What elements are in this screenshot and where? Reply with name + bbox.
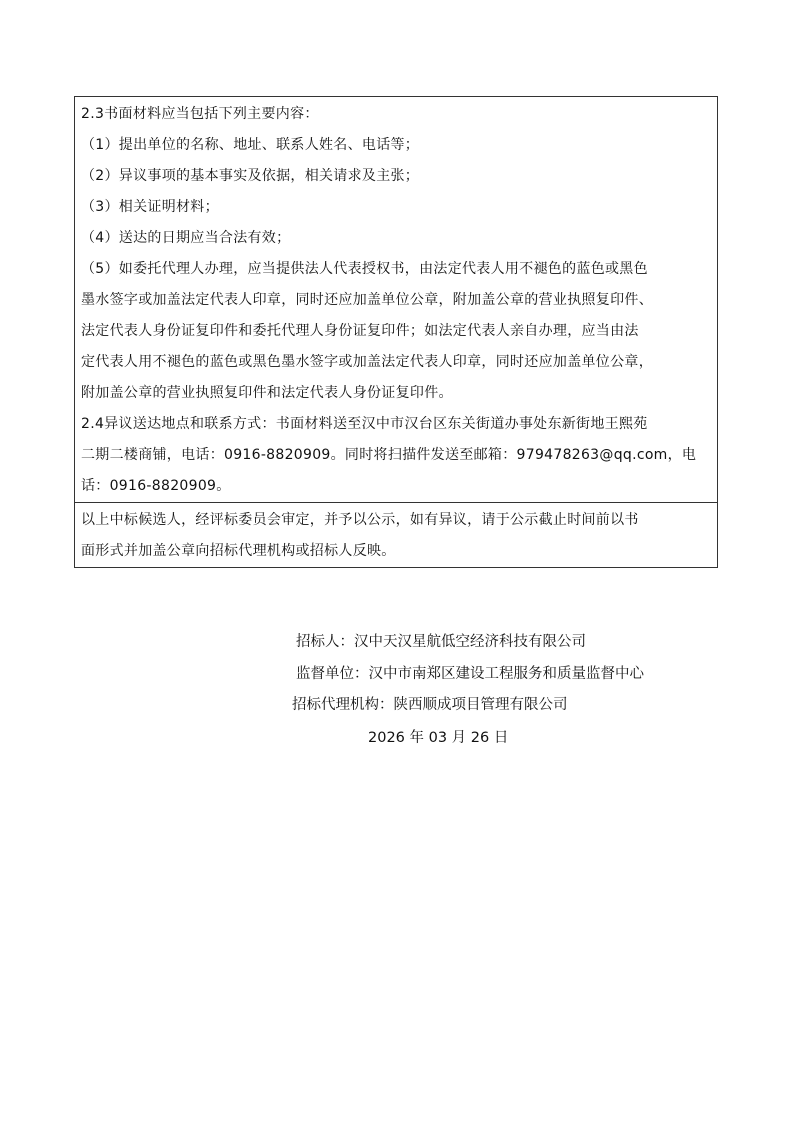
section-2-3-heading: 2.3书面材料应当包括下列主要内容： [81, 99, 711, 130]
objection-info-table: 2.3书面材料应当包括下列主要内容： （1）提出单位的名称、地址、联系人姓名、电… [74, 96, 718, 568]
requirement-item-2: （2）异议事项的基本事实及依据，相关请求及主张； [81, 161, 711, 192]
section-2-4-line-2: 二期二楼商铺，电话：0916-8820909。同时将扫描件发送至邮箱：97947… [81, 440, 711, 471]
requirement-item-5-line-1: （5）如委托代理人办理，应当提供法人代表授权书，由法定代表人用不褪色的蓝色或黑色 [81, 254, 711, 285]
supervisor-line: 监督单位：汉中市南郑区建设工程服务和质量监督中心 [296, 664, 644, 684]
requirement-item-4: （4）送达的日期应当合法有效； [81, 223, 711, 254]
notice-line-2: 面形式并加盖公章向招标代理机构或招标人反映。 [81, 536, 711, 567]
objection-requirements-cell: 2.3书面材料应当包括下列主要内容： （1）提出单位的名称、地址、联系人姓名、电… [75, 97, 717, 502]
date-line: 2026 年 03 月 26 日 [368, 728, 508, 748]
requirement-item-5-line-5: 附加盖公章的营业执照复印件和法定代表人身份证复印件。 [81, 378, 711, 409]
section-2-4-line-3: 话：0916-8820909。 [81, 471, 711, 502]
requirement-item-5-line-4: 定代表人用不褪色的蓝色或黑色墨水签字或加盖法定代表人印章，同时还应加盖单位公章， [81, 347, 711, 378]
notice-line-1: 以上中标候选人，经评标委员会审定，并予以公示，如有异议，请于公示截止时间前以书 [81, 505, 711, 536]
requirement-item-5-line-2: 墨水签字或加盖法定代表人印章，同时还应加盖单位公章，附加盖公章的营业执照复印件、 [81, 285, 711, 316]
requirement-item-5-line-3: 法定代表人身份证复印件和委托代理人身份证复印件；如法定代表人亲自办理，应当由法 [81, 316, 711, 347]
requirement-item-3: （3）相关证明材料； [81, 192, 711, 223]
publicity-notice-cell: 以上中标候选人，经评标委员会审定，并予以公示，如有异议，请于公示截止时间前以书 … [75, 502, 717, 567]
agency-line: 招标代理机构：陕西顺成项目管理有限公司 [292, 695, 568, 715]
requirement-item-1: （1）提出单位的名称、地址、联系人姓名、电话等； [81, 130, 711, 161]
tenderer-line: 招标人：汉中天汉星航低空经济科技有限公司 [296, 632, 586, 652]
section-2-4-line-1: 2.4异议送达地点和联系方式：书面材料送至汉中市汉台区东关街道办事处东新街地王熙… [81, 409, 711, 440]
